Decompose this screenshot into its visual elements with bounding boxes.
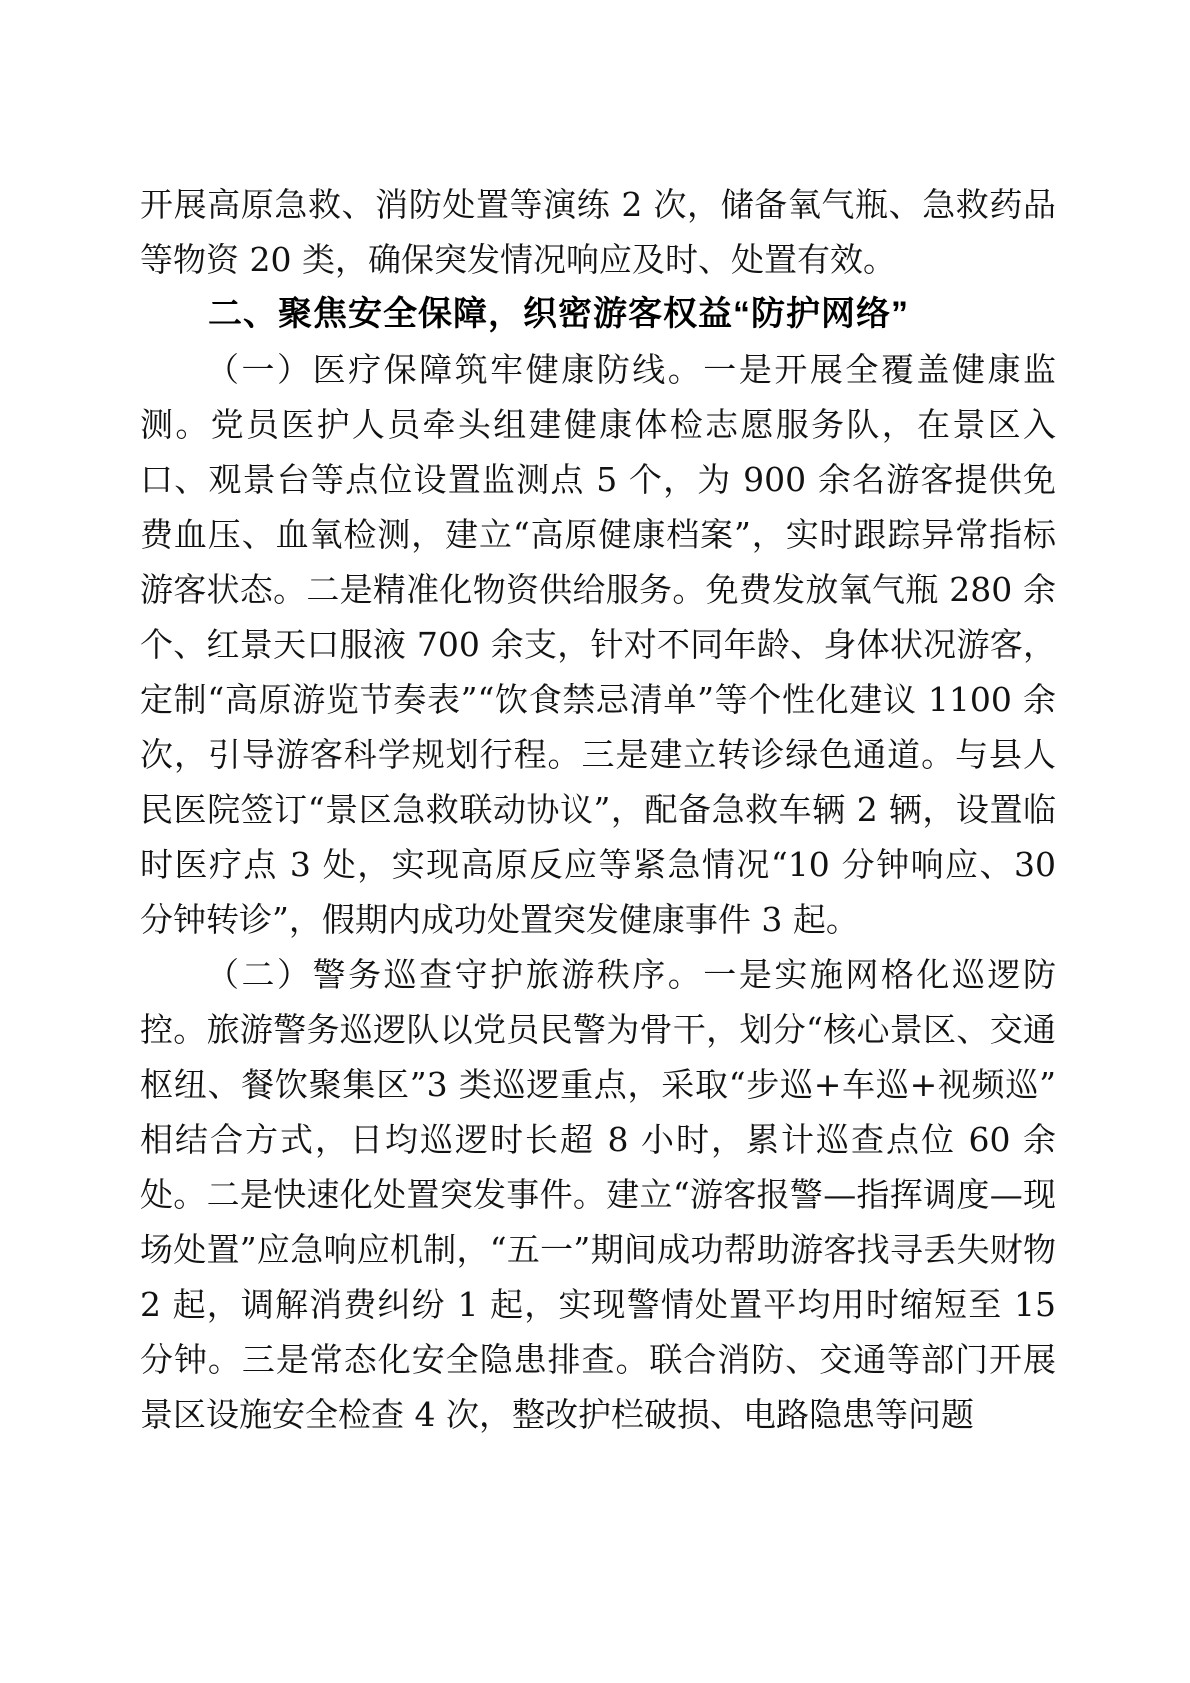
document-page: 开展高原急救、消防处置等演练 2 次，储备氧气瓶、急救药品等物资 20 类，确保… <box>0 0 1190 1683</box>
continuation-paragraph: 开展高原急救、消防处置等演练 2 次，储备氧气瓶、急救药品等物资 20 类，确保… <box>140 177 1056 287</box>
paragraph-police-patrol: （二）警务巡查守护旅游秩序。一是实施网格化巡逻防控。旅游警务巡逻队以党员民警为骨… <box>140 947 1056 1442</box>
section-heading: 二、聚焦安全保障，织密游客权益“防护网络” <box>140 287 1056 342</box>
paragraph-medical-support: （一）医疗保障筑牢健康防线。一是开展全覆盖健康监测。党员医护人员牵头组建健康体检… <box>140 342 1056 947</box>
